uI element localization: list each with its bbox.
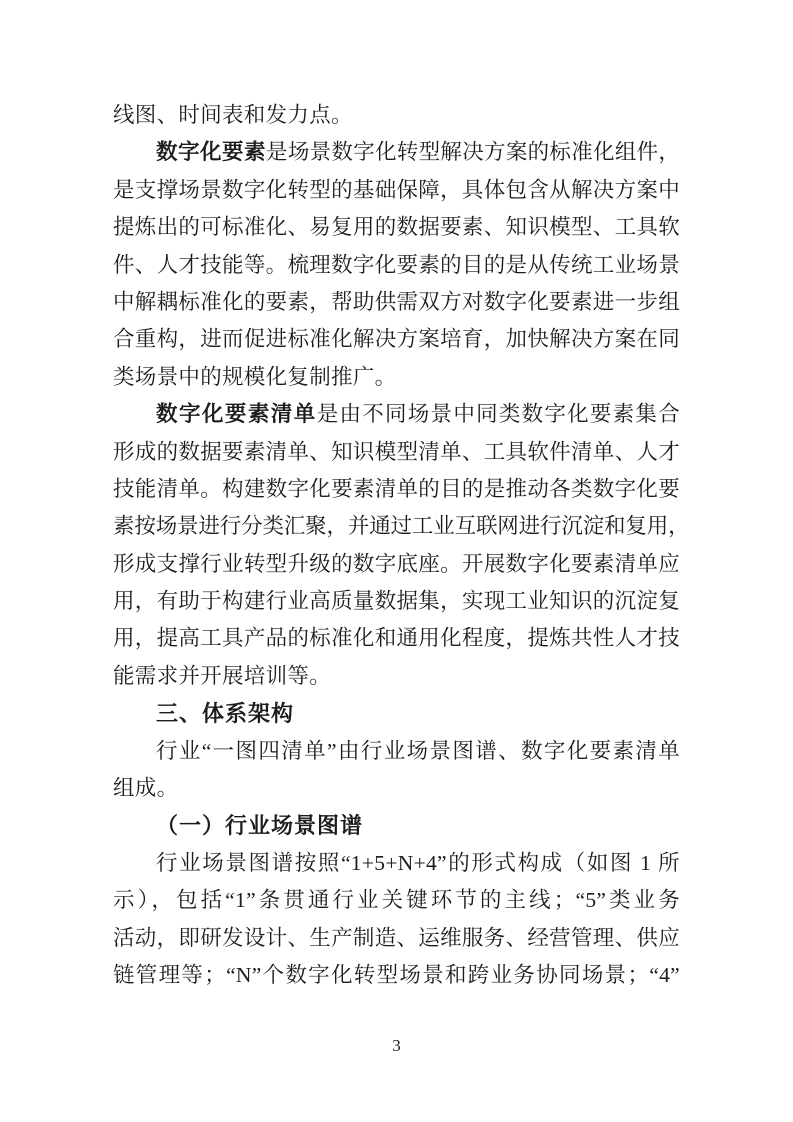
body-line: 活动，即研发设计、生产制造、运维服务、经营管理、供应: [113, 920, 680, 957]
body-text: 是场景数字化转型解决方案的标准化组件，: [266, 140, 680, 164]
body-line: 示），包括“1”条贯通行业关键环节的主线；“5”类业务: [113, 882, 680, 919]
paragraph-end-line: 组成。: [113, 770, 680, 807]
bold-lead-digital-elements-list: 数字化要素清单: [156, 402, 317, 426]
body-line: 链管理等；“N”个数字化转型场景和跨业务协同场景；“4”: [113, 957, 680, 994]
document-body: 线图、时间表和发力点。 数字化要素是场景数字化转型解决方案的标准化组件， 是支撑…: [113, 97, 680, 994]
subsection-heading: （一）行业场景图谱: [113, 807, 680, 844]
document-page: 线图、时间表和发力点。 数字化要素是场景数字化转型解决方案的标准化组件， 是支撑…: [0, 0, 793, 1122]
paragraph-end-line: 能需求并开展培训等。: [113, 658, 680, 695]
section-heading: 三、体系架构: [113, 695, 680, 732]
body-line: 形成支撑行业转型升级的数字底座。开展数字化要素清单应: [113, 546, 680, 583]
body-line: 提炼出的可标准化、易复用的数据要素、知识模型、工具软: [113, 209, 680, 246]
body-line: 素按场景进行分类汇聚，并通过工业互联网进行沉淀和复用，: [113, 508, 680, 545]
paragraph-end-line: 类场景中的规模化复制推广。: [113, 359, 680, 396]
body-line: 线图、时间表和发力点。: [113, 97, 680, 134]
paragraph-start-line: 数字化要素清单是由不同场景中同类数字化要素集合: [113, 396, 680, 433]
body-line: 中解耦标准化的要素，帮助供需双方对数字化要素进一步组: [113, 284, 680, 321]
page-number: 3: [0, 1034, 793, 1058]
paragraph-start-line: 数字化要素是场景数字化转型解决方案的标准化组件，: [113, 134, 680, 171]
paragraph-start-line: 行业“一图四清单”由行业场景图谱、数字化要素清单: [113, 733, 680, 770]
body-line: 形成的数据要素清单、知识模型清单、工具软件清单、人才: [113, 434, 680, 471]
body-line: 用，提高工具产品的标准化和通用化程度，提炼共性人才技: [113, 620, 680, 657]
body-line: 技能清单。构建数字化要素清单的目的是推动各类数字化要: [113, 471, 680, 508]
body-text: 是由不同场景中同类数字化要素集合: [317, 402, 680, 426]
body-line: 是支撑场景数字化转型的基础保障，具体包含从解决方案中: [113, 172, 680, 209]
body-line: 合重构，进而促进标准化解决方案培育，加快解决方案在同: [113, 321, 680, 358]
paragraph-start-line: 行业场景图谱按照“1+5+N+4”的形式构成（如图 1 所: [113, 845, 680, 882]
bold-lead-digital-elements: 数字化要素: [156, 140, 266, 164]
body-line: 用，有助于构建行业高质量数据集，实现工业知识的沉淀复: [113, 583, 680, 620]
body-line: 件、人才技能等。梳理数字化要素的目的是从传统工业场景: [113, 247, 680, 284]
